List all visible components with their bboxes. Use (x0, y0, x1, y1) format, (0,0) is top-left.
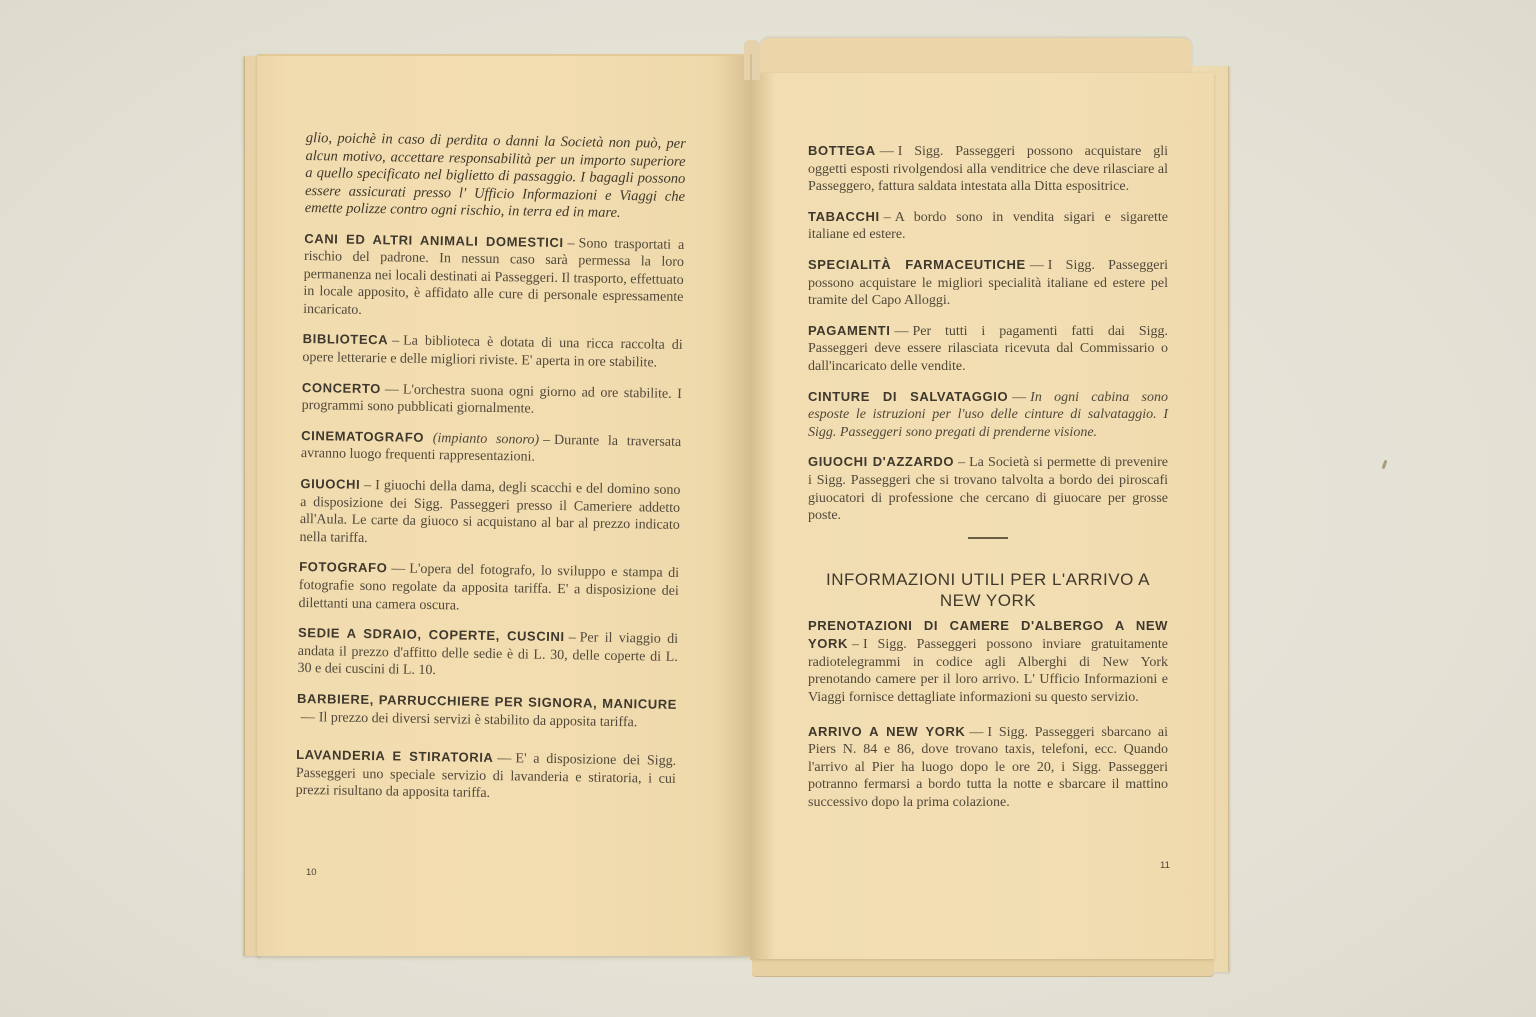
back-pages-bottom-edge (752, 958, 1214, 977)
entry-dash: – (958, 455, 965, 470)
entry-heading: LAVANDERIA E STIRATORIA (296, 747, 494, 765)
entry-dash: – (392, 334, 399, 349)
entry-subheading: (impianto sonoro) (433, 431, 539, 448)
section-title: INFORMAZIONI UTILI PER L'ARRIVO A NEW YO… (808, 569, 1168, 611)
continued-paragraph: glio, poichè in caso di perdita o danni … (305, 130, 686, 223)
entry-arrivo: ARRIVO A NEW YORK—I Sigg. Passeggeri sba… (808, 723, 1168, 812)
entry-heading: CINTURE DI SALVATAGGIO (808, 389, 1008, 404)
entry-tabacchi: TABACCHI–A bordo sono in vendita sigari … (808, 208, 1168, 244)
entry-dash: — (497, 751, 511, 766)
entry-heading: FOTOGRAFO (299, 559, 387, 575)
gutter-shadow-right (752, 73, 774, 959)
entry-heading: GIUOCHI (300, 476, 360, 492)
entry-body: Il prezzo dei diversi servizi è stabilit… (319, 710, 638, 730)
entry-pagamenti: PAGAMENTI—Per tutti i pagamenti fatti da… (808, 322, 1168, 376)
entry-concerto: CONCERTO—L'orchestra suona ogni giorno a… (302, 379, 683, 421)
entry-dash: — (880, 144, 894, 159)
entry-cani: CANI ED ALTRI ANIMALI DOMESTICI–Sono tra… (303, 229, 684, 324)
entry-barbiere: BARBIERE, PARRUCCHIERE PER SIGNORA, MANI… (297, 690, 678, 732)
gutter-shadow-left (720, 56, 750, 956)
page-number-left: 10 (306, 867, 317, 878)
right-page-text: BOTTEGA—I Sigg. Passeggeri possono acqui… (808, 142, 1168, 824)
entry-sedie: SEDIE A SDRAIO, COPERTE, CUSCINI–Per il … (297, 624, 678, 684)
entry-lavanderia: LAVANDERIA E STIRATORIA—E' a disposizion… (295, 746, 676, 806)
entry-dash: – (852, 637, 859, 652)
entry-dash: — (894, 324, 908, 339)
section-divider (968, 537, 1008, 539)
entry-heading: SEDIE A SDRAIO, COPERTE, CUSCINI (298, 625, 565, 644)
entry-farmaceutiche: SPECIALITÀ FARMACEUTICHE—I Sigg. Passegg… (808, 256, 1168, 310)
entry-dash: — (391, 562, 405, 577)
entry-heading: CONCERTO (302, 380, 381, 396)
entry-cinematografo: CINEMATOGRAFO (impianto sonoro)–Durante … (301, 427, 682, 469)
entry-dash: – (364, 478, 371, 493)
entry-giuochi: GIUOCHI–I giuochi della dama, degli scac… (299, 475, 680, 552)
entry-fotografo: FOTOGRAFO—L'opera del fotografo, lo svil… (298, 558, 679, 618)
entry-dash: — (1012, 390, 1026, 405)
entry-heading: SPECIALITÀ FARMACEUTICHE (808, 257, 1026, 272)
entry-heading: PAGAMENTI (808, 323, 890, 338)
entry-heading: CINEMATOGRAFO (301, 428, 424, 445)
entry-biblioteca: BIBLIOTECA–La biblioteca è dotata di una… (302, 330, 683, 372)
entry-dash: – (543, 433, 550, 448)
entry-heading: CANI ED ALTRI ANIMALI DOMESTICI (304, 230, 564, 249)
entry-dash: — (1030, 258, 1044, 273)
entry-heading: BIBLIOTECA (303, 331, 389, 347)
entry-body: I Sigg. Passeggeri possono inviare gratu… (808, 637, 1168, 705)
entry-dash: — (301, 710, 315, 725)
entry-heading: GIUOCHI D'AZZARDO (808, 454, 954, 469)
entry-cinture: CINTURE DI SALVATAGGIO—In ogni cabina so… (808, 388, 1168, 442)
entry-dash: – (884, 210, 891, 225)
entry-bottega: BOTTEGA—I Sigg. Passeggeri possono acqui… (808, 142, 1168, 196)
page-number-right: 11 (1160, 860, 1170, 871)
left-page-text: glio, poichè in caso di perdita o danni … (295, 130, 686, 818)
entry-dash: – (569, 630, 576, 645)
entry-dash: – (567, 236, 574, 251)
spine-gutter (750, 54, 752, 960)
entry-heading: BOTTEGA (808, 143, 876, 158)
entry-prenotazioni: PRENOTAZIONI DI CAMERE D'ALBERGO A NEW Y… (808, 617, 1168, 707)
section-title-line-2: NEW YORK (808, 590, 1168, 611)
entry-heading: ARRIVO A NEW YORK (808, 724, 965, 739)
entry-dash: — (969, 725, 983, 740)
entry-dash: — (385, 382, 399, 397)
open-booklet: glio, poichè in caso di perdita o danni … (0, 0, 1536, 1017)
entry-azzardo: GIUOCHI D'AZZARDO–La Società si permette… (808, 453, 1168, 524)
entry-heading: BARBIERE, PARRUCCHIERE PER SIGNORA, MANI… (297, 691, 677, 712)
entry-heading: TABACCHI (808, 209, 880, 224)
section-title-line-1: INFORMAZIONI UTILI PER L'ARRIVO A (808, 569, 1168, 590)
spine-binding (744, 40, 760, 80)
